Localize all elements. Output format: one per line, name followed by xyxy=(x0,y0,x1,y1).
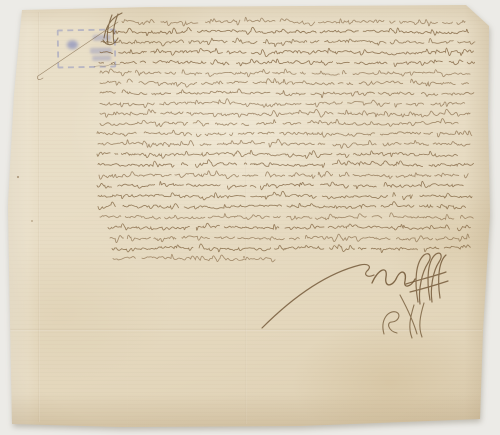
manuscript-photograph xyxy=(0,0,500,435)
handwriting-line xyxy=(100,69,470,77)
vertical-fold-crease-left xyxy=(38,12,40,422)
handwriting-line xyxy=(112,244,470,253)
horizontal-fold-crease xyxy=(10,329,482,331)
handwriting-line xyxy=(98,139,470,148)
handwriting-line xyxy=(100,89,474,98)
paper-edge-shade-left xyxy=(0,0,28,435)
signature-tall-strokes xyxy=(406,253,448,304)
handwriting-line xyxy=(100,109,470,117)
stamp-text-smudge-top xyxy=(93,35,111,41)
handwriting-line xyxy=(98,202,466,210)
stamp-text-smudge-bottom xyxy=(92,56,111,61)
ink-specks xyxy=(17,176,245,258)
handwriting-line xyxy=(107,27,469,35)
signature-name xyxy=(372,270,415,286)
handwriting-line xyxy=(100,99,465,108)
handwriting-line xyxy=(101,38,475,47)
paper-shadow-wrap xyxy=(0,0,500,435)
handwriting-line xyxy=(98,191,472,200)
handwriting-line xyxy=(108,223,470,230)
handwriting-line xyxy=(122,17,465,26)
handwriting-line xyxy=(100,79,469,88)
handwriting-text-block xyxy=(97,17,475,262)
paper-edge-shade-right xyxy=(464,0,500,435)
paper-edge-shade-top xyxy=(0,0,500,26)
signature-lower-flourish xyxy=(383,295,424,338)
handwriting-line xyxy=(100,213,473,220)
stamp-text-smudge-middle xyxy=(90,48,112,54)
handwriting-line xyxy=(113,254,275,262)
signature-sweep xyxy=(262,264,374,328)
handwriting-line xyxy=(97,130,472,137)
handwriting-line xyxy=(97,150,458,158)
handwriting-line xyxy=(99,171,468,179)
left-margin-fold-band xyxy=(6,0,40,435)
handwriting-line xyxy=(97,181,463,190)
handwriting-line xyxy=(100,119,458,127)
ink-speck xyxy=(243,256,245,258)
archive-stamp xyxy=(57,28,117,68)
ink-speck xyxy=(31,220,33,222)
handwriting-line xyxy=(99,59,475,66)
handwriting-line xyxy=(98,160,474,168)
paper-edge-shade-bottom xyxy=(0,393,500,435)
handwriting-line xyxy=(110,234,469,242)
vertical-fold-crease-center xyxy=(245,150,247,424)
stamp-ink-blob xyxy=(67,40,78,49)
manuscript-paper xyxy=(0,0,500,435)
handwriting-line xyxy=(100,48,473,57)
ink-speck xyxy=(17,176,19,178)
